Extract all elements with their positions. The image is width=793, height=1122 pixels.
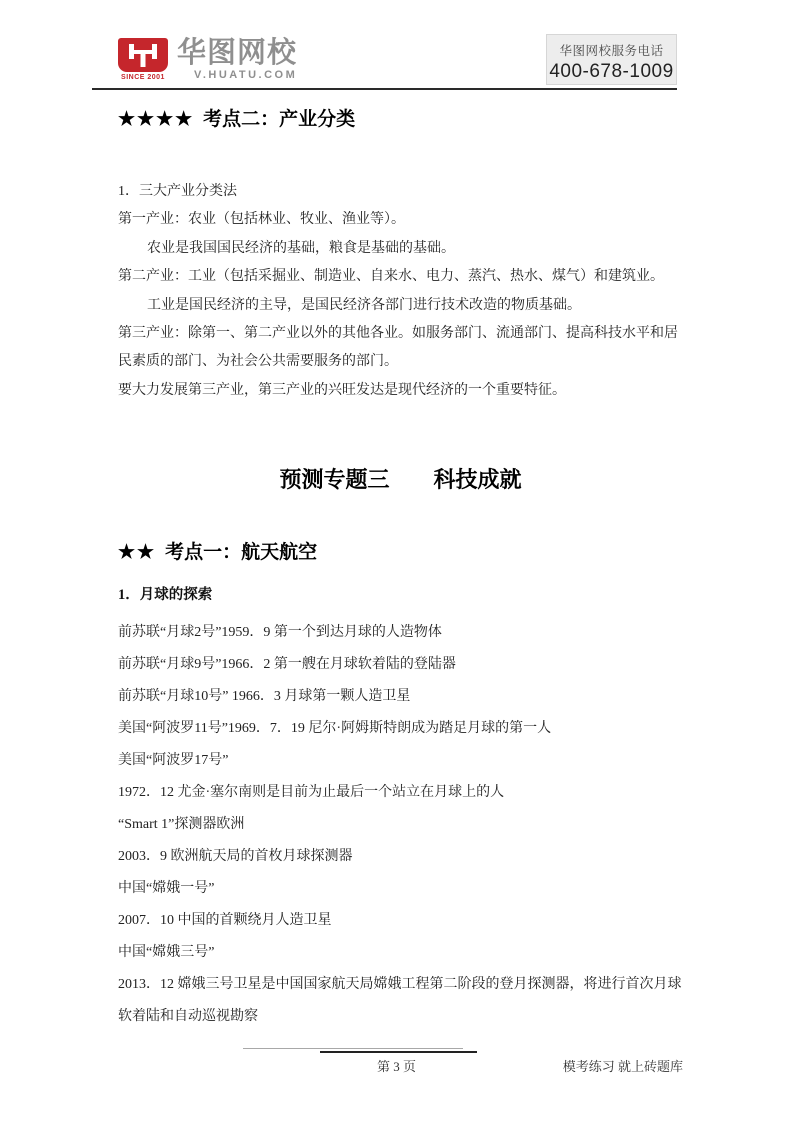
paragraph: 农业是我国国民经济的基础，粮食是基础的基础。 (118, 235, 683, 263)
contact-label: 华图网校服务电话 (547, 41, 676, 59)
brand-site-url: V.HUATU.COM (194, 69, 297, 81)
paragraph: 1972．12 尤金·塞尔南则是目前为止最后一个站立在月球上的人 (118, 777, 683, 809)
paragraph: 中国“嫦娥三号” (118, 937, 683, 969)
contact-phone-number: 400-678-1009 (547, 61, 676, 83)
paragraph: 美国“阿波罗17号” (118, 745, 683, 777)
industry-section: 1．三大产业分类法 第一产业：农业（包括林业、牧业、渔业等）。 农业是我国国民经… (118, 178, 683, 405)
paragraph: 2007．10 中国的首颗绕月人造卫星 (118, 905, 683, 937)
footer-rule-dark (320, 1051, 477, 1053)
huatu-monogram-icon (118, 38, 168, 72)
logo-since-label: SINCE 2001 (118, 74, 168, 81)
topic-banner-title: 科技成就 (434, 467, 522, 492)
brand-name: 华图网校 (177, 38, 297, 68)
contact-box: 华图网校服务电话 400-678-1009 (546, 34, 677, 85)
document-content: ★★★★考点二：产业分类 1．三大产业分类法 第一产业：农业（包括林业、牧业、渔… (118, 90, 683, 1033)
paragraph: 2003．9 欧洲航天局的首枚月球探测器 (118, 841, 683, 873)
exam-point-2-heading: ★★★★考点二：产业分类 (118, 107, 683, 133)
paragraph: 美国“阿波罗11号”1969．7．19 尼尔·阿姆斯特朗成为踏足月球的第一人 (118, 713, 683, 745)
footer-rule-thin (243, 1048, 463, 1049)
paragraph: 第二产业：工业（包括采掘业、制造业、自来水、电力、蒸汽、热水、煤气）和建筑业。 (118, 263, 683, 291)
paragraph: “Smart 1”探测器欧洲 (118, 809, 683, 841)
moon-exploration-subheading: 1．月球的探索 (118, 585, 683, 606)
paragraph: 第一产业：农业（包括林业、牧业、渔业等）。 (118, 206, 683, 234)
document-page: SINCE 2001 华图网校 V.HUATU.COM 华图网校服务电话 400… (0, 0, 793, 1122)
brand-logo: SINCE 2001 华图网校 V.HUATU.COM (118, 38, 297, 81)
topic-banner-number: 预测专题三 (279, 467, 389, 492)
paragraph: 1．三大产业分类法 (118, 178, 683, 206)
paragraph: 2013．12 嫦娥三号卫星是中国国家航天局嫦娥工程第二阶段的登月探测器，将进行… (118, 969, 683, 1033)
footer-slogan: 模考练习 就上砖题库 (563, 1056, 683, 1075)
paragraph: 工业是国民经济的主导，是国民经济各部门进行技术改造的物质基础。 (118, 292, 683, 320)
paragraph: 前苏联“月球9号”1966．2 第一艘在月球软着陆的登陆器 (118, 649, 683, 681)
exam-point-1-heading: ★★考点一：航天航空 (118, 539, 683, 566)
exam-point-2-title: 考点二：产业分类 (203, 109, 355, 130)
exam-point-1-title: 考点一：航天航空 (165, 542, 317, 563)
moon-exploration-section: 前苏联“月球2号”1959．9 第一个到达月球的人造物体 前苏联“月球9号”19… (118, 617, 683, 1033)
page-header: SINCE 2001 华图网校 V.HUATU.COM 华图网校服务电话 400… (92, 0, 677, 90)
topic-banner-heading: 预测专题三科技成就 (118, 465, 683, 495)
ht-letters-icon (118, 38, 168, 72)
paragraph: 要大力发展第三产业，第三产业的兴旺发达是现代经济的一个重要特征。 (118, 377, 683, 405)
paragraph: 前苏联“月球10号” 1966．3 月球第一颗人造卫星 (118, 681, 683, 713)
logo-mark-wrap: SINCE 2001 (118, 38, 168, 81)
paragraph: 前苏联“月球2号”1959．9 第一个到达月球的人造物体 (118, 617, 683, 649)
paragraph: 第三产业：除第一、第二产业以外的其他各业。如服务部门、流通部门、提高科技水平和居… (118, 320, 683, 377)
star-rating-icon: ★★ (118, 542, 156, 563)
logo-text: 华图网校 V.HUATU.COM (177, 38, 297, 81)
paragraph: 中国“嫦娥一号” (118, 873, 683, 905)
star-rating-icon: ★★★★ (118, 109, 194, 130)
